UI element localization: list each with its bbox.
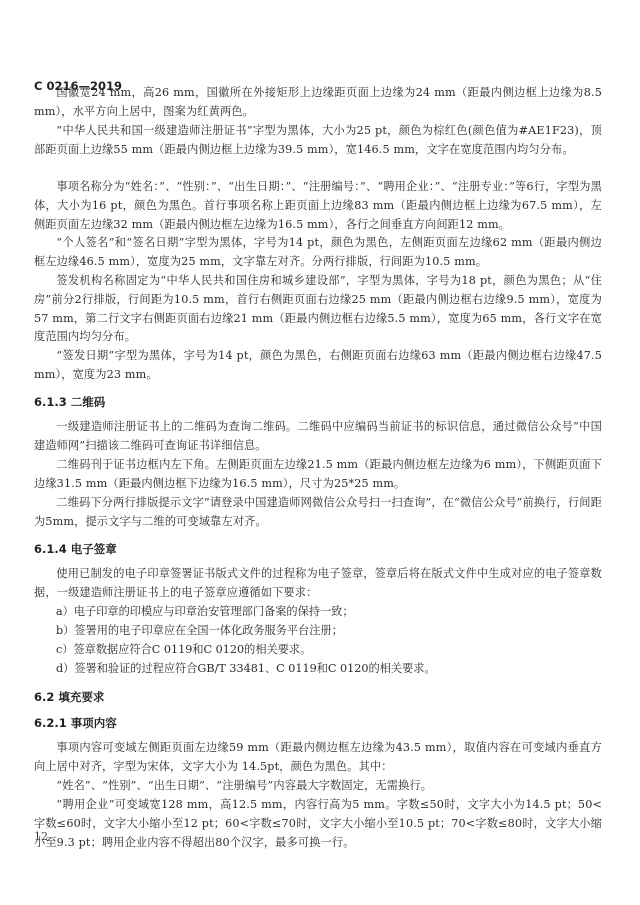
paragraph-issuer: 签发机构名称固定为“中华人民共和国住房和城乡建设部”，字型为黑体，字号为18 p… xyxy=(34,272,602,347)
paragraph-fixed-fields: “姓名”、“性别”、“出生日期”、“注册编号”内容最大字数固定，无需换行。 xyxy=(34,777,602,796)
list-item: a）电子印章的印模应与印章治安管理部门备案的保持一致； xyxy=(56,603,596,622)
heading-6-2-1: 6.2.1 事项内容 xyxy=(34,715,117,731)
paragraph-qr-position: 二维码刊于证书边框内左下角。左侧距页面左边缘21.5 mm（距最内侧边框左边缘为… xyxy=(34,456,602,494)
paragraph-qr-hint: 二维码下分两行排版提示文字“请登录中国建造师网微信公众号扫一扫查询”，在“微信公… xyxy=(34,494,602,532)
paragraph-qr-intro: 一级建造师注册证书上的二维码为查询二维码。二维码中应编码当前证书的标识信息，通过… xyxy=(34,418,602,456)
paragraph-emblem: 国徽宽24 mm，高26 mm，国徽所在外接矩形上边缘距页面上边缘为24 mm（… xyxy=(34,84,602,122)
heading-6-1-3: 6.1.3 二维码 xyxy=(34,394,105,410)
paragraph-employer: “聘用企业”可变域宽128 mm，高12.5 mm，内容行高为5 mm。字数≤5… xyxy=(34,796,602,852)
paragraph-signature: “个人签名”和“签名日期”字型为黑体，字号为14 pt，颜色为黑色，左侧距页面左… xyxy=(34,234,602,272)
list-item: b）签署用的电子印章应在全国一体化政务服务平台注册； xyxy=(56,622,596,641)
heading-6-2: 6.2 填充要求 xyxy=(34,689,104,705)
paragraph-item-names: 事项名称分为“姓名：”、“性别：”、“出生日期：”、“注册编号：”、“聘用企业：… xyxy=(34,178,602,234)
list-item: d）签署和验证的过程应符合GB/T 33481、C 0119和C 0120的相关… xyxy=(56,660,596,679)
paragraph-esign-intro: 使用已制发的电子印章签署证书版式文件的过程称为电子签章，签章后将在版式文件中生成… xyxy=(34,565,602,603)
heading-6-1-4: 6.1.4 电子签章 xyxy=(34,541,117,557)
page-number: 12 xyxy=(34,830,48,843)
paragraph-issue-date: “签发日期”字型为黑体，字号为14 pt，颜色为黑色，右侧距页面右边缘63 mm… xyxy=(34,347,602,385)
list-item: c）签章数据应符合C 0119和C 0120的相关要求。 xyxy=(56,641,596,660)
paragraph-content-area: 事项内容可变域左侧距页面左边缘59 mm（距最内侧边框左边缘为43.5 mm），… xyxy=(34,739,602,777)
paragraph-title-text: “中华人民共和国一级建造师注册证书”字型为黑体，大小为25 pt，颜色为棕红色(… xyxy=(34,122,602,160)
